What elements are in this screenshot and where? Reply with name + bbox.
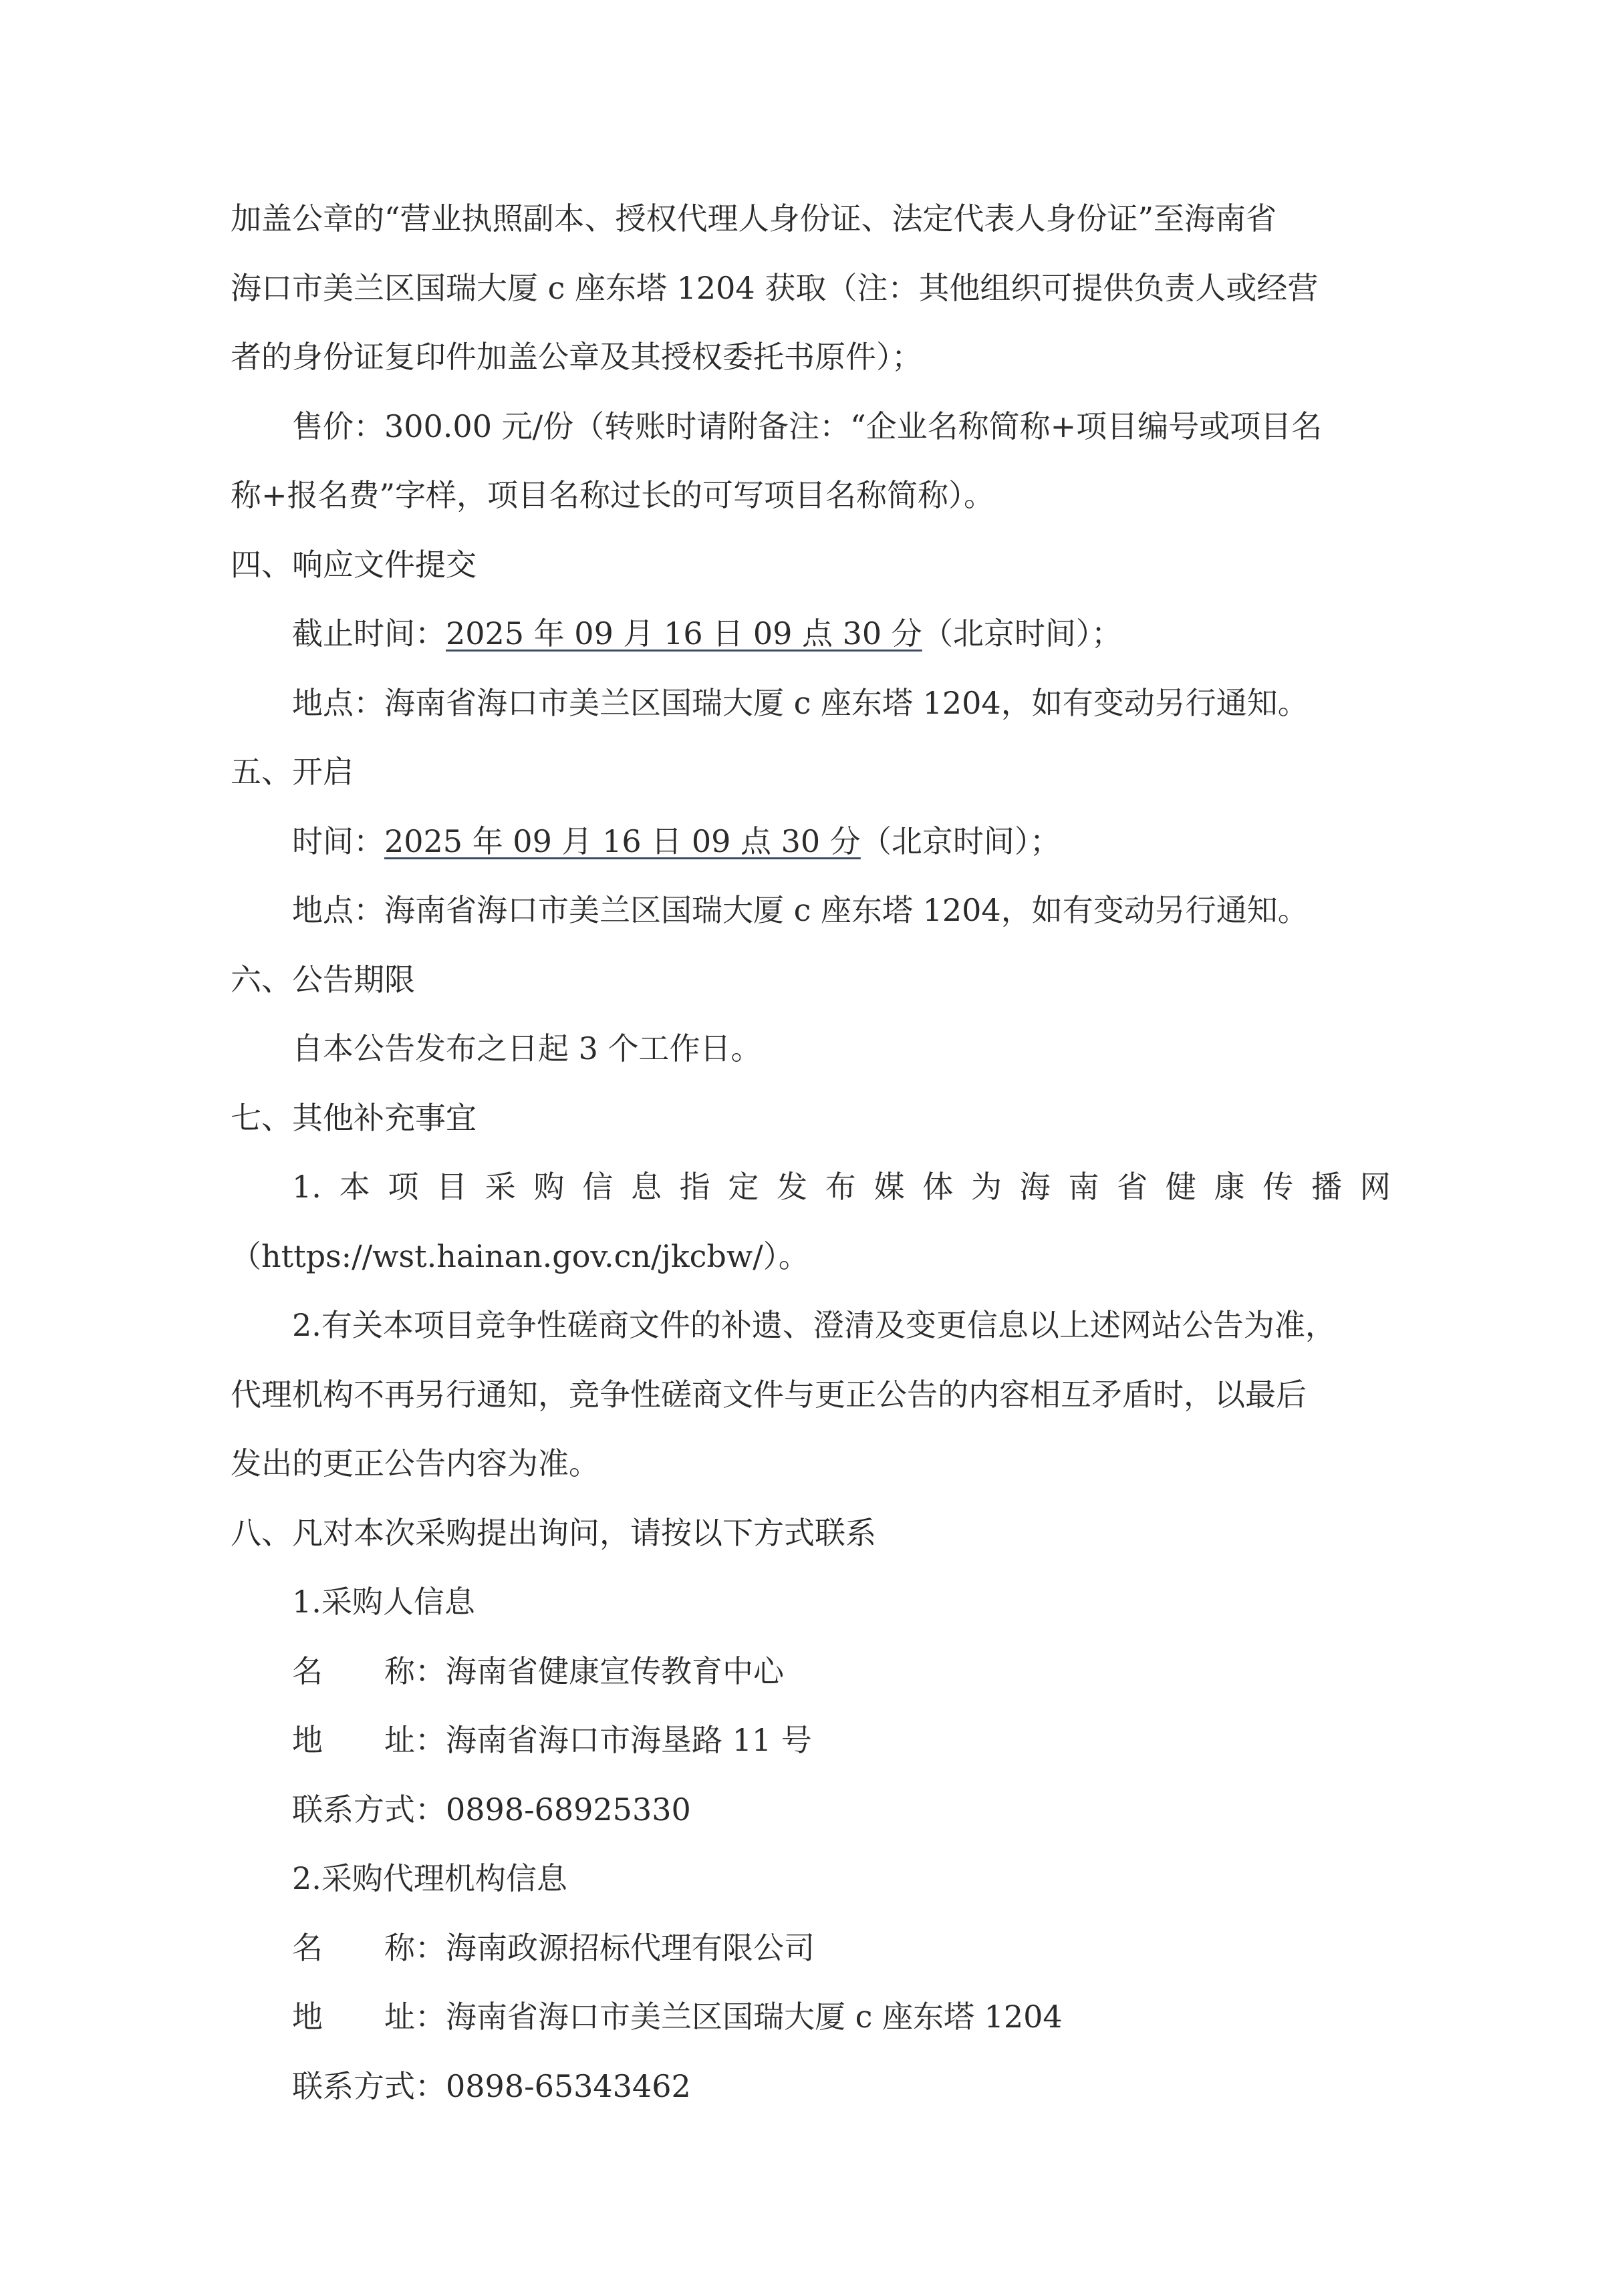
time-suffix: （北京时间）；	[861, 823, 1061, 859]
agency-name-line: 名称：海南政源招标代理有限公司	[231, 1914, 1391, 1983]
purchaser-address-line: 地址：海南省海口市海垦路 11 号	[231, 1706, 1391, 1775]
char: 省	[1117, 1153, 1148, 1222]
char: 购	[533, 1153, 564, 1222]
location-line: 地点：海南省海口市美兰区国瑞大厦 c 座东塔 1204，如有变动另行通知。	[231, 669, 1391, 738]
char: 为	[971, 1153, 1002, 1222]
time-label: 时间：	[292, 823, 384, 859]
char: 康	[1214, 1153, 1245, 1222]
char: 息	[631, 1153, 662, 1222]
char: 发	[777, 1153, 807, 1222]
deadline-suffix: （北京时间）；	[922, 615, 1122, 652]
agency-address-line: 地址：海南省海口市美兰区国瑞大厦 c 座东塔 1204	[231, 1983, 1391, 2052]
section-heading: 五、开启	[231, 738, 1391, 807]
char: 指	[680, 1153, 710, 1222]
char: 南	[1068, 1153, 1099, 1222]
char: 海	[1020, 1153, 1051, 1222]
char: 健	[1166, 1153, 1196, 1222]
item1-line1: 1. 本 项 目 采 购 信 息 指 定 发 布 媒 体 为 海 南 省 健 康…	[231, 1153, 1391, 1222]
char: 布	[825, 1153, 856, 1222]
char: 播	[1311, 1153, 1342, 1222]
char: 体	[922, 1153, 953, 1222]
section-heading: 八、凡对本次采购提出询问，请按以下方式联系	[231, 1499, 1391, 1568]
agency-phone: 0898-65343462	[446, 2068, 691, 2104]
notice-period-text: 自本公告发布之日起 3 个工作日。	[231, 1014, 1391, 1084]
item2-line: 发出的更正公告内容为准。	[231, 1429, 1391, 1499]
deadline-label: 截止时间：	[292, 615, 446, 652]
contact-label: 联系方式：	[292, 1791, 446, 1828]
purchaser-name-value: 海南省健康宣传教育中心	[446, 1653, 784, 1689]
price-line: 售价：300.00 元/份（转账时请附备注：“企业名称简称+项目编号或项目名	[231, 392, 1391, 462]
section-contact: 八、凡对本次采购提出询问，请按以下方式联系 1.采购人信息 名称：海南省健康宣传…	[231, 1499, 1391, 2122]
char: 1.	[292, 1153, 321, 1222]
section-heading: 四、响应文件提交	[231, 531, 1391, 600]
continued-paragraph: 加盖公章的“营业执照副本、授权代理人身份证、法定代表人身份证”至海南省 海口市美…	[231, 184, 1391, 392]
char: 本	[340, 1153, 370, 1222]
deadline-line: 截止时间：2025 年 09 月 16 日 09 点 30 分（北京时间）；	[231, 599, 1391, 669]
document-page: 加盖公章的“营业执照副本、授权代理人身份证、法定代表人身份证”至海南省 海口市美…	[231, 184, 1391, 2121]
section-heading: 六、公告期限	[231, 946, 1391, 1015]
section-notice-period: 六、公告期限 自本公告发布之日起 3 个工作日。	[231, 946, 1391, 1084]
char: 目	[436, 1153, 467, 1222]
name-label: 名称：	[292, 1914, 446, 1983]
address-label: 地址：	[292, 1706, 446, 1775]
char: 信	[582, 1153, 613, 1222]
price-paragraph: 售价：300.00 元/份（转账时请附备注：“企业名称简称+项目编号或项目名 称…	[231, 392, 1391, 531]
agency-address-value: 海南省海口市美兰区国瑞大厦 c 座东塔 1204	[446, 1999, 1063, 2035]
time-value: 2025 年 09 月 16 日 09 点 30 分	[384, 823, 861, 859]
item1-url-line: （https://wst.hainan.gov.cn/jkcbw/）。	[231, 1222, 1391, 1292]
opening-time-line: 时间：2025 年 09 月 16 日 09 点 30 分（北京时间）；	[231, 807, 1391, 877]
char: 传	[1262, 1153, 1293, 1222]
char: 定	[728, 1153, 759, 1222]
paragraph-line: 者的身份证复印件加盖公章及其授权委托书原件）；	[231, 323, 1391, 392]
name-label: 名称：	[292, 1637, 446, 1707]
item2-line: 代理机构不再另行通知，竞争性磋商文件与更正公告的内容相互矛盾时，以最后	[231, 1360, 1391, 1430]
section-other-matters: 七、其他补充事宜 1. 本 项 目 采 购 信 息 指 定 发 布 媒 体 为 …	[231, 1084, 1391, 1499]
char: 媒	[874, 1153, 905, 1222]
purchaser-info: 1.采购人信息 名称：海南省健康宣传教育中心 地址：海南省海口市海垦路 11 号…	[231, 1568, 1391, 1844]
contact-label: 联系方式：	[292, 2068, 446, 2104]
purchaser-address-value: 海南省海口市海垦路 11 号	[446, 1722, 812, 1758]
char: 采	[485, 1153, 516, 1222]
address-label: 地址：	[292, 1983, 446, 2052]
char: 网	[1360, 1153, 1391, 1222]
paragraph-line: 加盖公章的“营业执照副本、授权代理人身份证、法定代表人身份证”至海南省	[231, 184, 1391, 254]
purchaser-phone: 0898-68925330	[446, 1791, 691, 1828]
agency-name-value: 海南政源招标代理有限公司	[446, 1930, 815, 1966]
location-line: 地点：海南省海口市美兰区国瑞大厦 c 座东塔 1204，如有变动另行通知。	[231, 876, 1391, 946]
price-line: 称+报名费”字样，项目名称过长的可写项目名称简称）。	[231, 461, 1391, 531]
purchaser-title: 1.采购人信息	[231, 1568, 1391, 1637]
agency-info: 2.采购代理机构信息 名称：海南政源招标代理有限公司 地址：海南省海口市美兰区国…	[231, 1844, 1391, 2121]
section-response-submission: 四、响应文件提交 截止时间：2025 年 09 月 16 日 09 点 30 分…	[231, 531, 1391, 738]
section-opening: 五、开启 时间：2025 年 09 月 16 日 09 点 30 分（北京时间）…	[231, 738, 1391, 946]
agency-title: 2.采购代理机构信息	[231, 1844, 1391, 1914]
char: 项	[388, 1153, 418, 1222]
section-heading: 七、其他补充事宜	[231, 1084, 1391, 1153]
purchaser-name-line: 名称：海南省健康宣传教育中心	[231, 1637, 1391, 1707]
paragraph-line: 海口市美兰区国瑞大厦 c 座东塔 1204 获取（注：其他组织可提供负责人或经营	[231, 254, 1391, 323]
deadline-value: 2025 年 09 月 16 日 09 点 30 分	[446, 615, 922, 652]
agency-contact-line: 联系方式：0898-65343462	[231, 2052, 1391, 2122]
purchaser-contact-line: 联系方式：0898-68925330	[231, 1775, 1391, 1845]
item2-line: 2.有关本项目竞争性磋商文件的补遗、澄清及变更信息以上述网站公告为准，	[231, 1291, 1391, 1360]
